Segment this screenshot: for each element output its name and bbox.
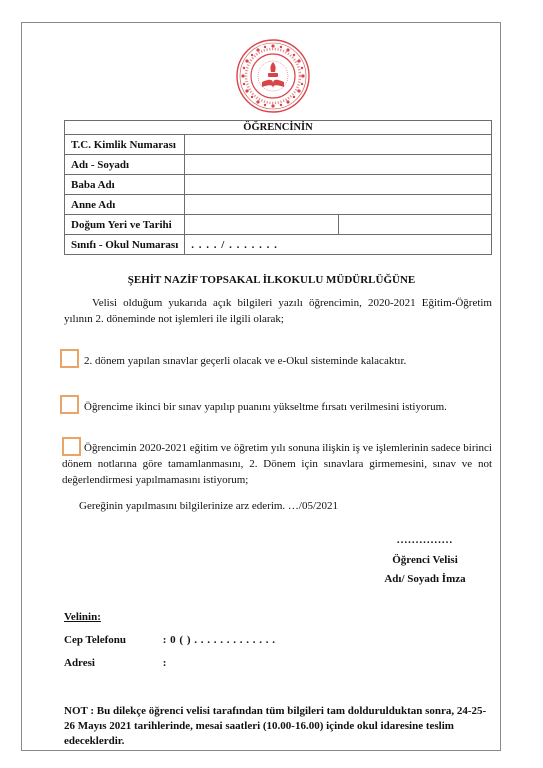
option-2: Öğrencime ikinci bir sınav yapılıp puanı… bbox=[60, 395, 492, 415]
intro-paragraph: Velisi olduğum yukarıda açık bilgileri y… bbox=[64, 295, 492, 327]
option-1-checkbox[interactable] bbox=[60, 349, 79, 368]
class-school-number-label: Sınıfı - Okul Numarası bbox=[65, 235, 185, 255]
option-3-checkbox[interactable] bbox=[62, 437, 81, 456]
phone-field[interactable]: : 0 ( ) . . . . . . . . . . . . . bbox=[163, 634, 276, 646]
signature-role: Öğrenci Velisi bbox=[370, 554, 480, 566]
address-field[interactable]: : bbox=[163, 657, 167, 669]
signature-name-label: Adı/ Soyadı İmza bbox=[370, 573, 480, 585]
class-school-number-field[interactable]: . . . . / . . . . . . . bbox=[185, 235, 492, 255]
phone-row: Cep Telefonu : 0 ( ) . . . . . . . . . .… bbox=[64, 634, 276, 646]
ministry-seal-icon bbox=[235, 38, 311, 114]
option-2-checkbox[interactable] bbox=[60, 395, 79, 414]
note-text: NOT : Bu dilekçe öğrenci velisi tarafınd… bbox=[64, 704, 492, 749]
signature-line[interactable]: ............... bbox=[370, 534, 480, 546]
option-3-text: Öğrencimin 2020-2021 eğitim ve öğretim y… bbox=[62, 437, 492, 488]
father-name-field[interactable] bbox=[185, 175, 492, 195]
birth-place-date-label: Doğum Yeri ve Tarihi bbox=[65, 215, 185, 235]
address-label: Adresi bbox=[64, 657, 160, 669]
table-row: Baba Adı bbox=[65, 175, 492, 195]
school-title: ŞEHİT NAZİF TOPSAKAL İLKOKULU MÜDÜRLÜĞÜN… bbox=[0, 274, 543, 286]
table-header: ÖĞRENCİNİN bbox=[65, 121, 492, 135]
mother-name-label: Anne Adı bbox=[65, 195, 185, 215]
table-row: Adı - Soyadı bbox=[65, 155, 492, 175]
name-surname-label: Adı - Soyadı bbox=[65, 155, 185, 175]
birth-date-field[interactable] bbox=[339, 215, 492, 235]
phone-label: Cep Telefonu bbox=[64, 634, 160, 646]
table-row: Sınıfı - Okul Numarası . . . . / . . . .… bbox=[65, 235, 492, 255]
table-row: T.C. Kimlik Numarası bbox=[65, 135, 492, 155]
option-2-text: Öğrencime ikinci bir sınav yapılıp puanı… bbox=[60, 395, 492, 415]
tc-id-field[interactable] bbox=[185, 135, 492, 155]
birth-place-field[interactable] bbox=[185, 215, 339, 235]
option-1: 2. dönem yapılan sınavlar geçerli olacak… bbox=[60, 349, 492, 369]
name-surname-field[interactable] bbox=[185, 155, 492, 175]
table-row: Anne Adı bbox=[65, 195, 492, 215]
tc-id-label: T.C. Kimlik Numarası bbox=[65, 135, 185, 155]
table-row: Doğum Yeri ve Tarihi bbox=[65, 215, 492, 235]
closing-sentence: Gereğinin yapılmasını bilgilerinize arz … bbox=[79, 500, 338, 512]
mother-name-field[interactable] bbox=[185, 195, 492, 215]
student-info-table: ÖĞRENCİNİN T.C. Kimlik Numarası Adı - So… bbox=[64, 120, 492, 255]
father-name-label: Baba Adı bbox=[65, 175, 185, 195]
table-header-row: ÖĞRENCİNİN bbox=[65, 121, 492, 135]
option-1-text: 2. dönem yapılan sınavlar geçerli olacak… bbox=[60, 349, 492, 369]
address-row: Adresi : bbox=[64, 657, 167, 669]
option-3: Öğrencimin 2020-2021 eğitim ve öğretim y… bbox=[62, 437, 492, 488]
parent-section-header: Velinin: bbox=[64, 611, 101, 623]
